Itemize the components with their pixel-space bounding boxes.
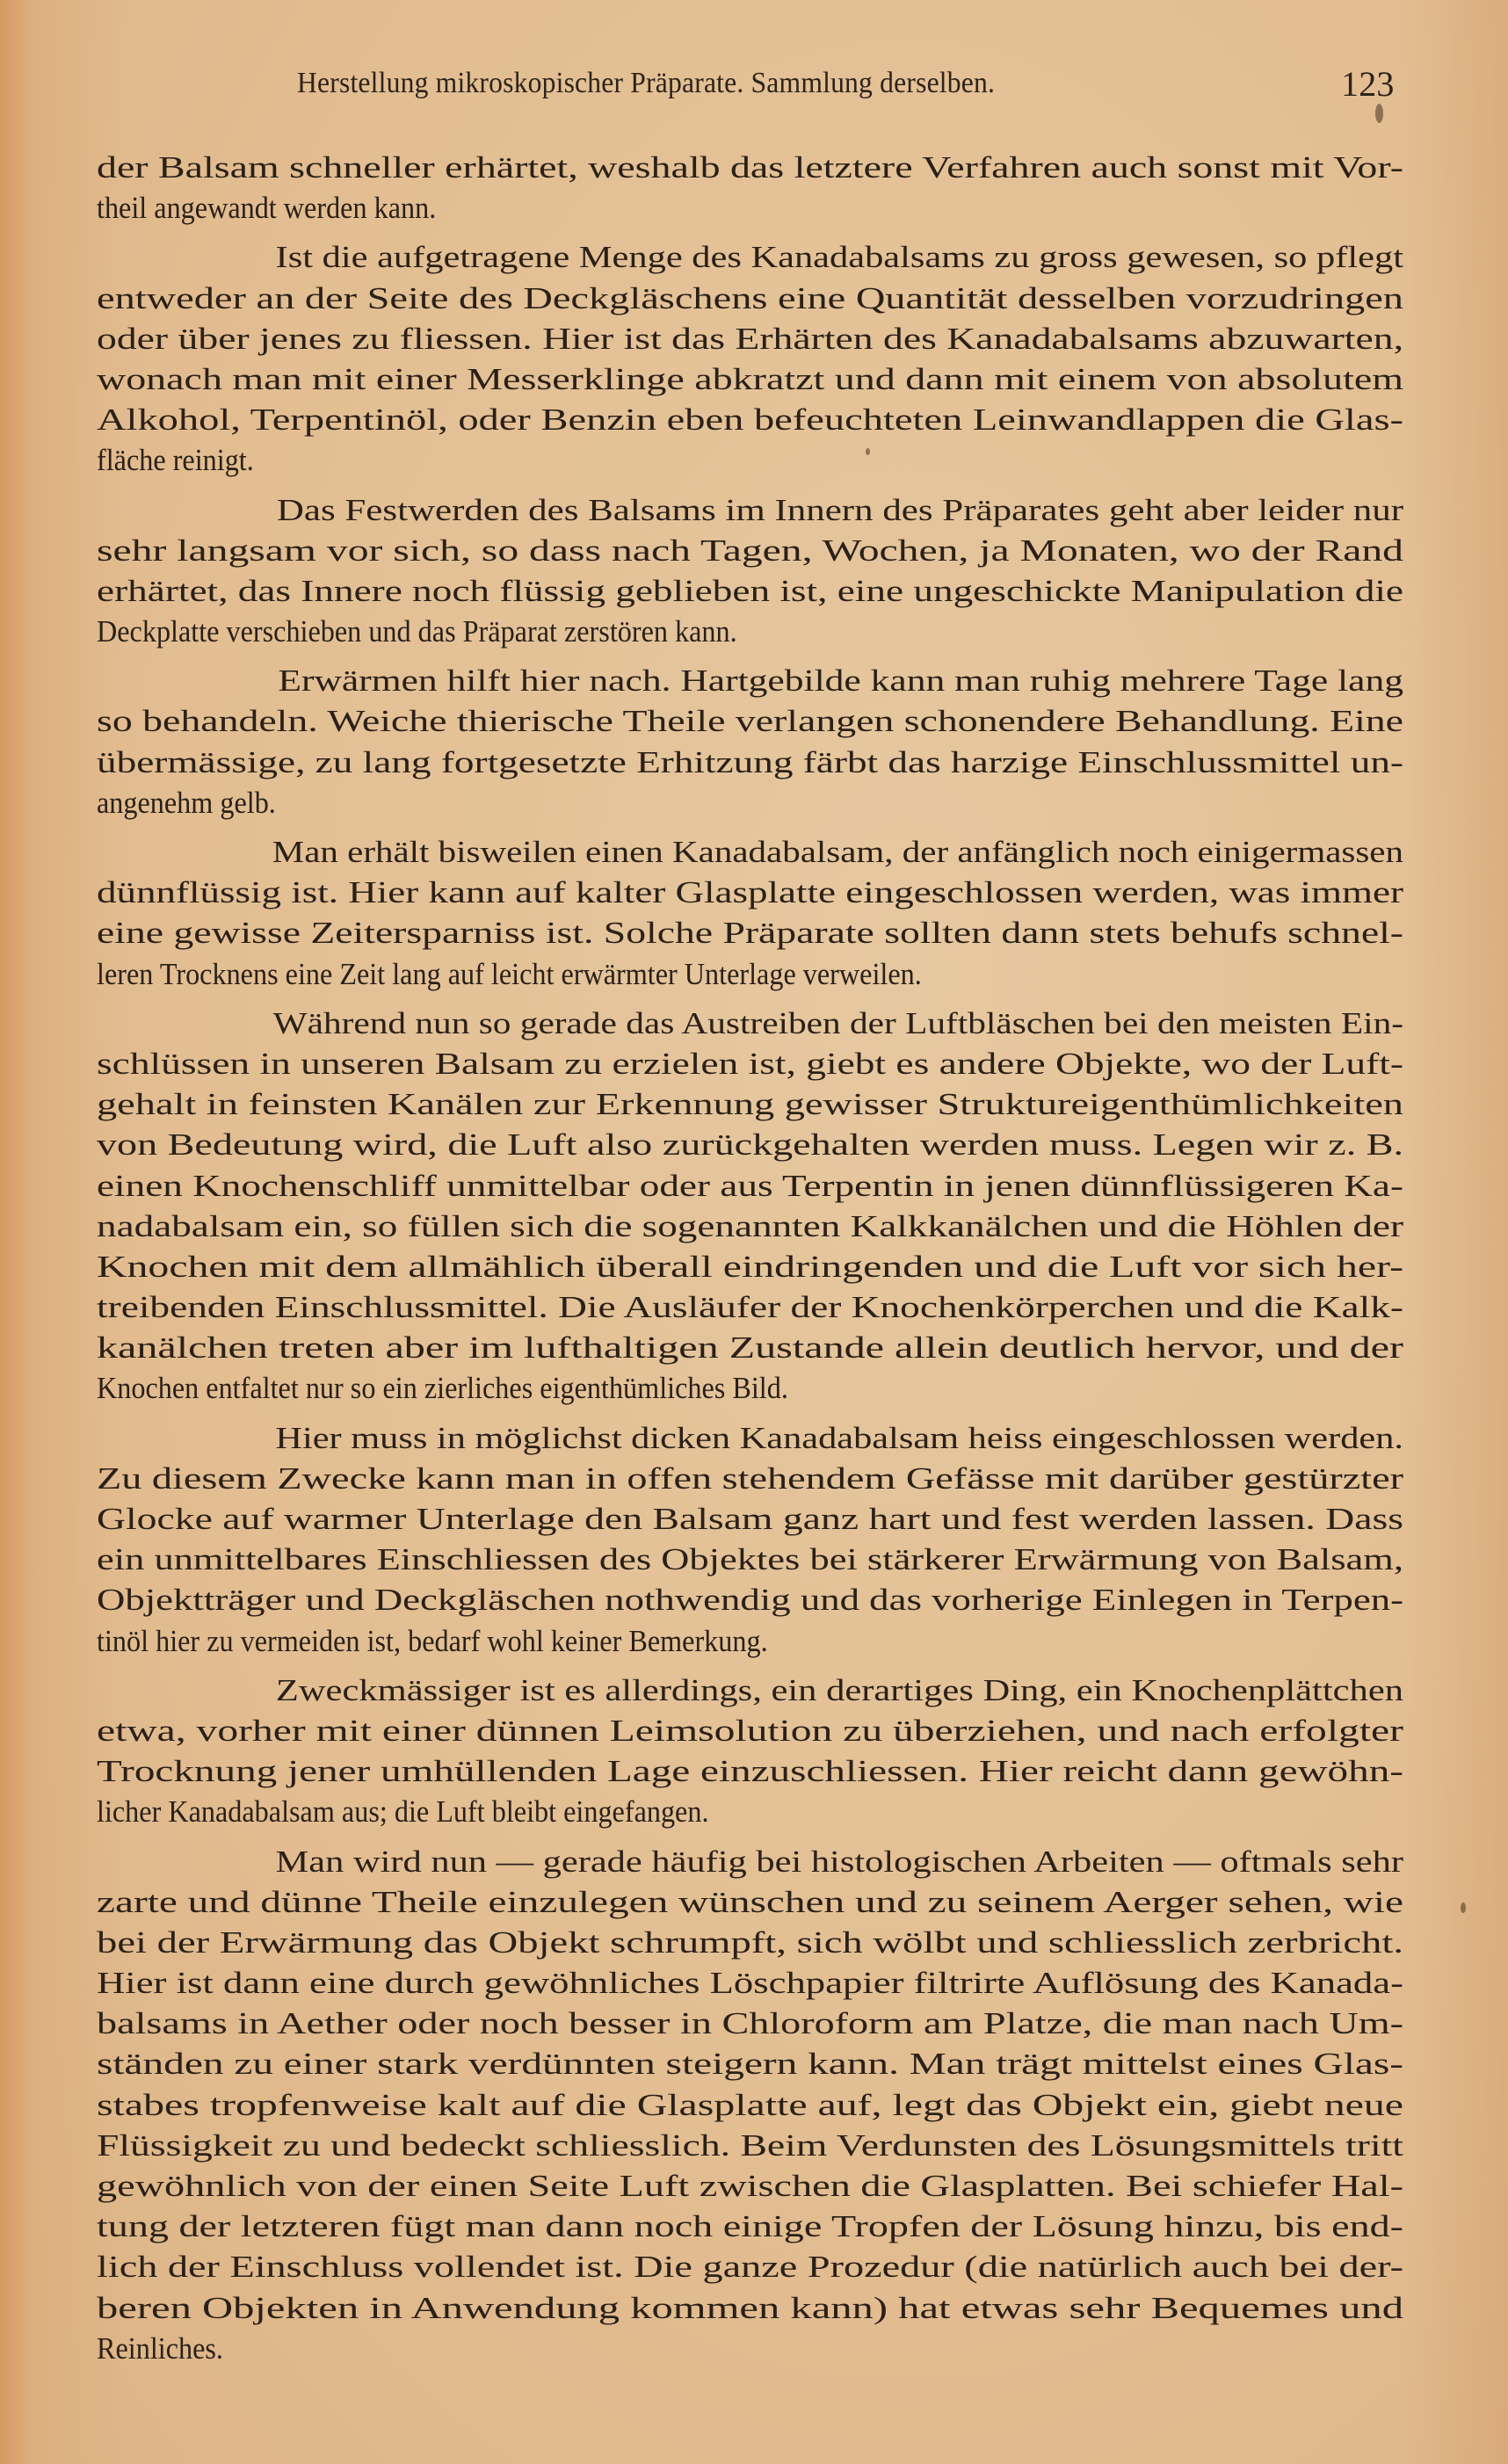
text-line: eine gewisse Zeitersparniss ist. Solche …	[97, 913, 1403, 953]
text-line: Hier muss in möglichst dicken Kanadabals…	[97, 1418, 1403, 1459]
text-line: zarte und dünne Theile einzulegen wünsch…	[97, 1882, 1403, 1923]
text-line: Man erhält bisweilen einen Kanadabalsam,…	[97, 832, 1403, 873]
text-line: balsams in Aether oder noch besser in Ch…	[97, 2004, 1403, 2044]
text-line: dünnflüssig ist. Hier kann auf kalter Gl…	[97, 873, 1403, 913]
text-line: ständen zu einer stark verdünnten steige…	[97, 2044, 1403, 2084]
text-line: beren Objekten in Anwendung kommen kann)…	[97, 2288, 1403, 2329]
text-line: stabes tropfenweise kalt auf die Glaspla…	[97, 2085, 1403, 2126]
text-line: Hier ist dann eine durch gewöhnliches Lö…	[97, 1963, 1403, 2004]
ink-spot	[1461, 1902, 1466, 1913]
text-line: Während nun so gerade das Austreiben der…	[97, 1004, 1403, 1044]
text-line: Knochen mit dem allmählich überall eindr…	[97, 1247, 1403, 1287]
running-header: Herstellung mikroskopischer Präparate. S…	[297, 62, 1404, 105]
text-line: leren Trocknens eine Zeit lang auf leich…	[97, 954, 1403, 995]
text-line: Glocke auf warmer Unterlage den Balsam g…	[97, 1499, 1403, 1540]
text-line: Deckplatte verschieben und das Präparat …	[97, 612, 1403, 652]
paragraph: Man wird nun — gerade häufig bei histolo…	[97, 1842, 1403, 2369]
text-line: wonach man mit einer Messerklinge abkrat…	[97, 359, 1403, 400]
paragraph: Zweckmässiger ist es allerdings, ein der…	[97, 1670, 1403, 1833]
running-title: Herstellung mikroskopischer Präparate. S…	[297, 67, 995, 100]
text-line: so behandeln. Weiche thierische Theile v…	[97, 701, 1403, 742]
text-line: nadabalsam ein, so füllen sich die sogen…	[97, 1207, 1403, 1247]
text-line: Das Festwerden des Balsams im Innern des…	[97, 490, 1403, 531]
text-line: kanälchen treten aber im lufthaltigen Zu…	[97, 1328, 1403, 1368]
ink-spot	[1375, 104, 1383, 123]
text-line: treibenden Einschlussmittel. Die Ausläuf…	[97, 1287, 1403, 1328]
text-line: Erwärmen hilft hier nach. Hartgebilde ka…	[97, 661, 1403, 701]
paragraph: der Balsam schneller erhärtet, weshalb d…	[97, 148, 1403, 228]
text-line: fläche reinigt.	[97, 440, 1403, 481]
text-line: gehalt in feinsten Kanälen zur Erkennung…	[97, 1084, 1403, 1125]
page-body: der Balsam schneller erhärtet, weshalb d…	[97, 148, 1403, 2378]
paragraph: Hier muss in möglichst dicken Kanadabals…	[97, 1418, 1403, 1662]
text-line: Knochen entfaltet nur so ein zierliches …	[97, 1368, 1403, 1409]
paragraph: Während nun so gerade das Austreiben der…	[97, 1004, 1403, 1410]
text-line: theil angewandt werden kann.	[97, 188, 1403, 228]
paragraph: Erwärmen hilft hier nach. Hartgebilde ka…	[97, 661, 1403, 823]
text-line: licher Kanadabalsam aus; die Luft bleibt…	[97, 1792, 1403, 1832]
text-line: ein unmittelbares Einschliessen des Obje…	[97, 1540, 1403, 1580]
text-line: Objektträger und Deckgläschen nothwendig…	[97, 1580, 1403, 1620]
text-line: etwa, vorher mit einer dünnen Leimsoluti…	[97, 1711, 1403, 1751]
text-line: bei der Erwärmung das Objekt schrumpft, …	[97, 1923, 1403, 1963]
text-line: der Balsam schneller erhärtet, weshalb d…	[97, 148, 1403, 188]
ink-spot	[866, 448, 870, 455]
text-line: von Bedeutung wird, die Luft also zurück…	[97, 1125, 1403, 1165]
page-number: 123	[1341, 63, 1395, 105]
paragraph: Man erhält bisweilen einen Kanadabalsam,…	[97, 832, 1403, 995]
text-line: einen Knochenschliff unmittelbar oder au…	[97, 1166, 1403, 1207]
text-line: Alkohol, Terpentinöl, oder Benzin eben b…	[97, 400, 1403, 440]
text-line: sehr langsam vor sich, so dass nach Tage…	[97, 531, 1403, 571]
text-line: Zu diesem Zwecke kann man in offen stehe…	[97, 1459, 1403, 1499]
text-line: tinöl hier zu vermeiden ist, bedarf wohl…	[97, 1621, 1403, 1662]
text-line: Ist die aufgetragene Menge des Kanadabal…	[97, 237, 1403, 278]
text-line: Trocknung jener umhüllenden Lage einzusc…	[97, 1751, 1403, 1792]
text-line: entweder an der Seite des Deckgläschens …	[97, 279, 1403, 319]
text-line: angenehm gelb.	[97, 783, 1403, 823]
text-line: übermässige, zu lang fortgesetzte Erhitz…	[97, 743, 1403, 783]
text-line: lich der Einschluss vollendet ist. Die g…	[97, 2247, 1403, 2287]
paragraph: Ist die aufgetragene Menge des Kanadabal…	[97, 237, 1403, 481]
text-line: oder über jenes zu fliessen. Hier ist da…	[97, 319, 1403, 359]
paragraph: Das Festwerden des Balsams im Innern des…	[97, 490, 1403, 653]
text-line: Flüssigkeit zu und bedeckt schliesslich.…	[97, 2126, 1403, 2166]
text-line: gewöhnlich von der einen Seite Luft zwis…	[97, 2166, 1403, 2207]
text-line: tung der letzteren fügt man dann noch ei…	[97, 2207, 1403, 2247]
text-line: Reinliches.	[97, 2329, 1403, 2369]
text-line: Zweckmässiger ist es allerdings, ein der…	[97, 1670, 1403, 1711]
text-line: schlüssen in unseren Balsam zu erzielen …	[97, 1044, 1403, 1084]
text-line: erhärtet, das Innere noch flüssig geblie…	[97, 571, 1403, 612]
text-line: Man wird nun — gerade häufig bei histolo…	[97, 1842, 1403, 1882]
